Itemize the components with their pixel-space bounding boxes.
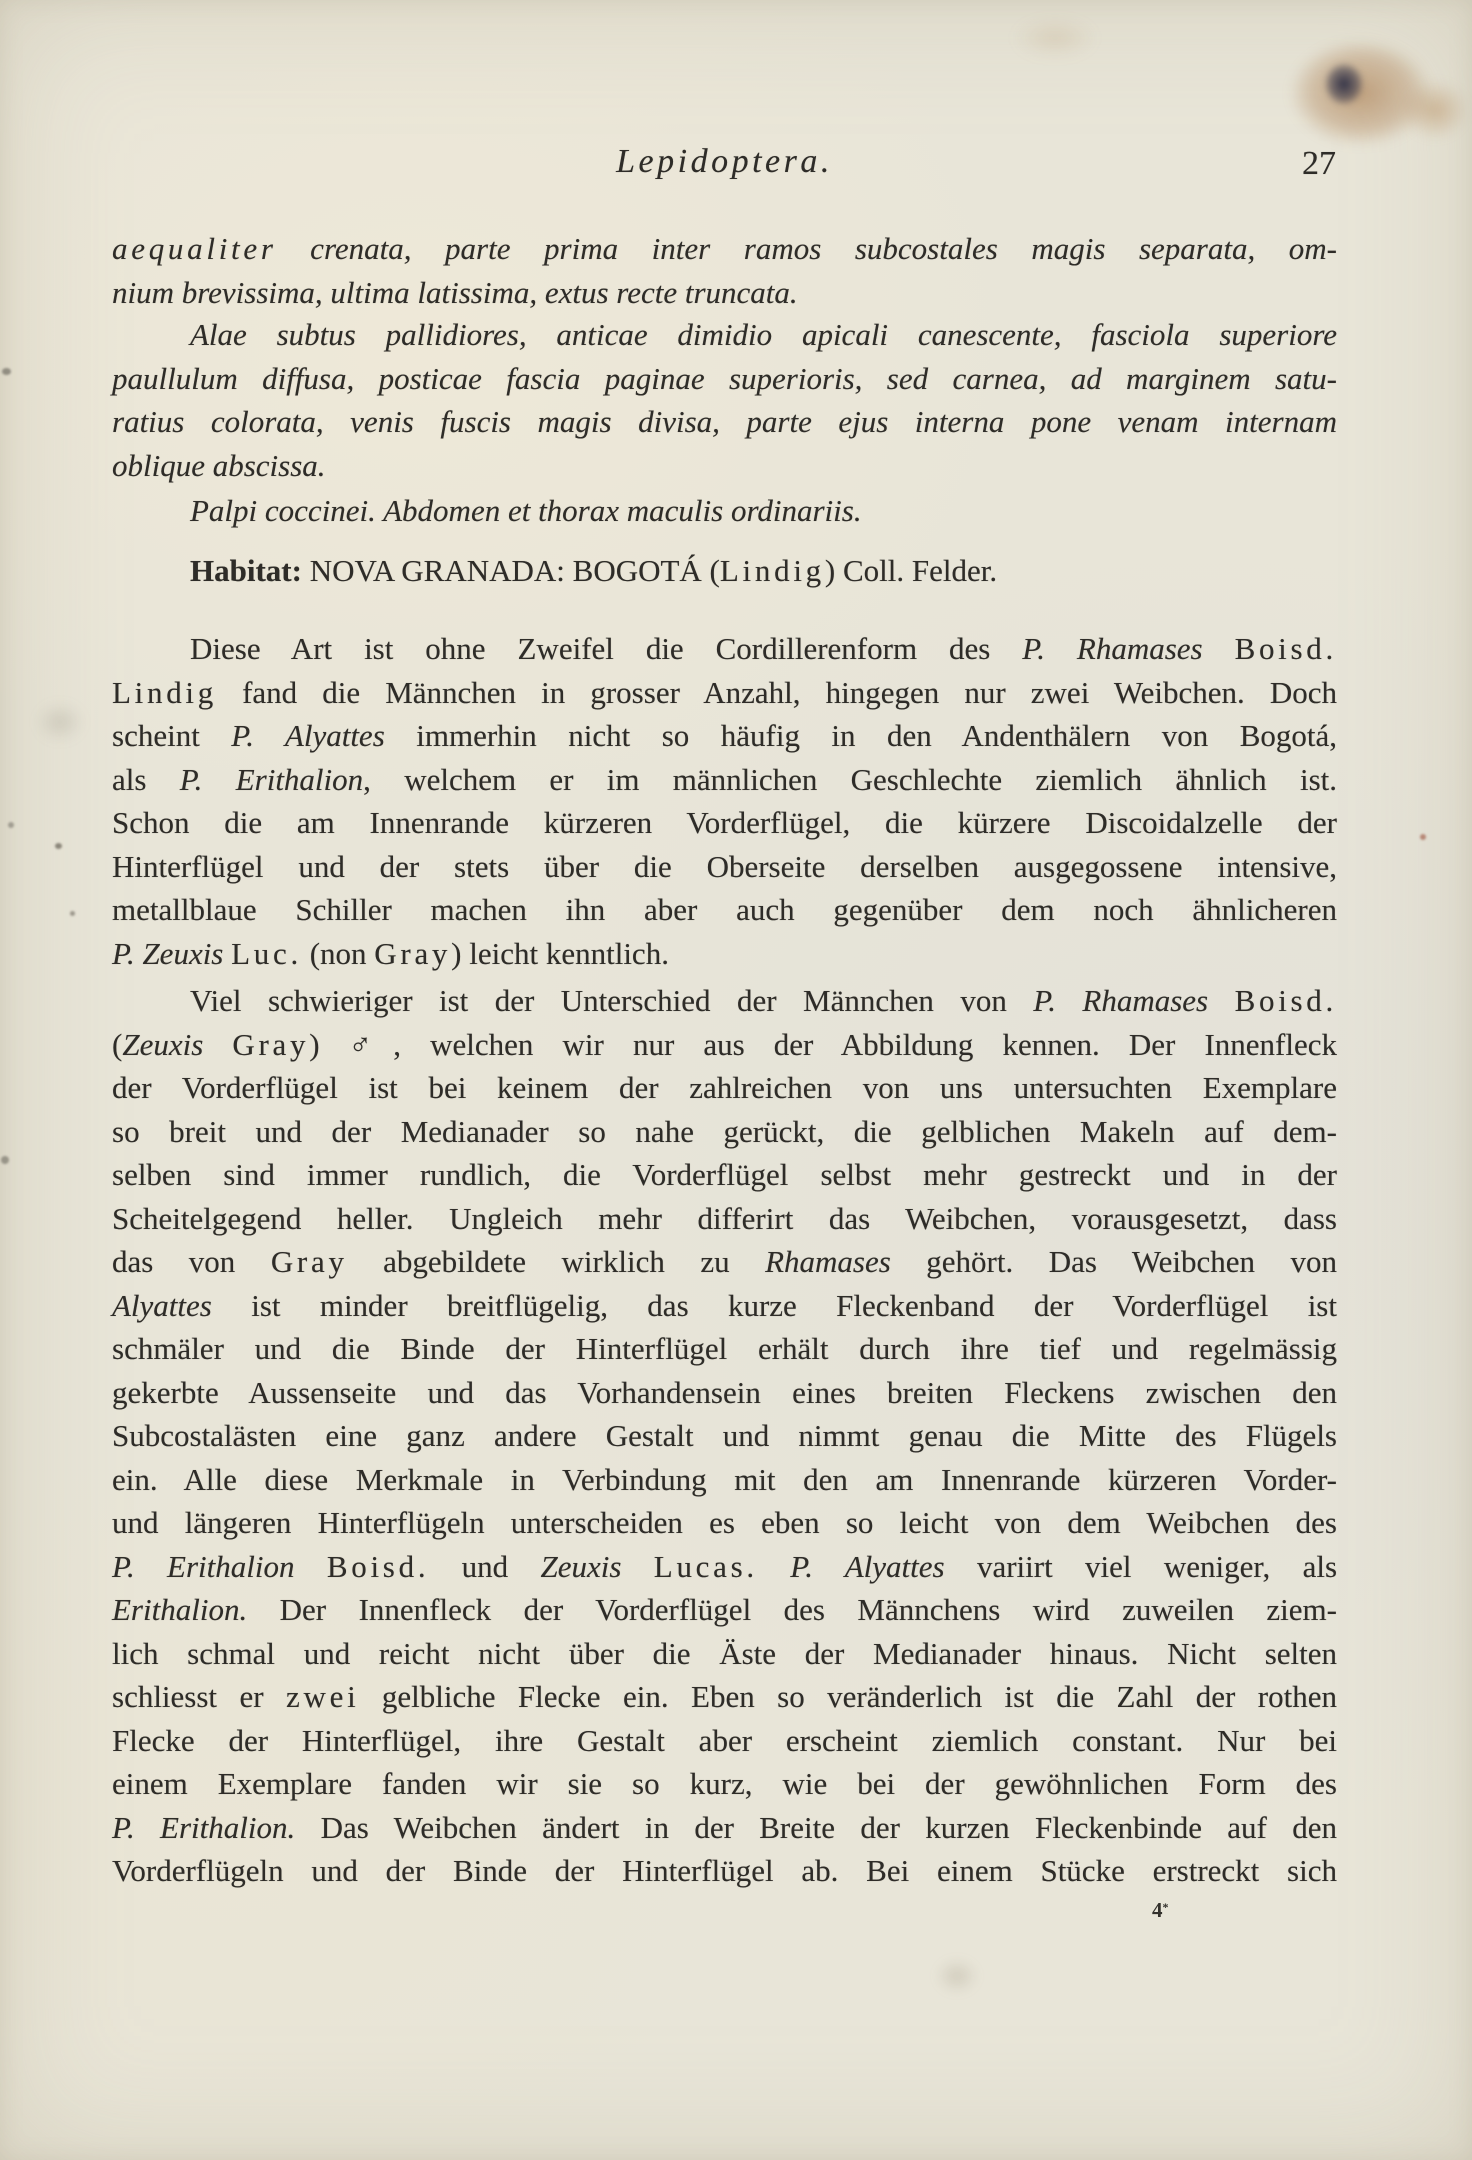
text-line: P. Erithalion Boisd. und Zeuxis Lucas. P… bbox=[112, 1545, 1337, 1589]
text-run: ( bbox=[112, 1027, 122, 1062]
text-line: gekerbte Aussenseite und das Vorhandense… bbox=[112, 1371, 1337, 1415]
text-line: ein. Alle diese Merkmale in Verbindung m… bbox=[112, 1458, 1337, 1502]
text-run: zwei bbox=[286, 1679, 359, 1714]
text-run bbox=[223, 936, 231, 971]
text-run: der Vorderflügel ist bei keinem der zahl… bbox=[112, 1070, 1337, 1105]
text-run: und längeren Hinterflügeln unterscheiden… bbox=[112, 1505, 1337, 1540]
text-run: scheint bbox=[112, 718, 231, 753]
signature-star: * bbox=[1163, 1900, 1169, 1914]
text-run: NOVA GRANADA: BOGOTÁ ( bbox=[302, 553, 720, 588]
text-line: selben sind immer rundlich, die Vorderfl… bbox=[112, 1153, 1337, 1197]
text-run: Habitat: bbox=[190, 553, 302, 588]
text-run: Lucas. bbox=[654, 1549, 758, 1584]
text-run: Scheitelgegend heller. Ungleich mehr dif… bbox=[112, 1201, 1337, 1236]
text-run: Lindig bbox=[720, 553, 825, 588]
text-run: (non bbox=[302, 936, 374, 971]
scanned-book-page: Lepidoptera. 27 aequaliter crenata, part… bbox=[0, 0, 1472, 2160]
text-run: Erithalion. bbox=[112, 1592, 247, 1627]
text-run: Luc. bbox=[231, 936, 302, 971]
signature-mark: 4* bbox=[1152, 1898, 1169, 1923]
text-run: Boisd. bbox=[1235, 983, 1337, 1018]
text-run: crenata, parte prima inter ramos subcost… bbox=[277, 231, 1337, 266]
text-run: ist minder breitflügelig, das kurze Flec… bbox=[212, 1288, 1337, 1323]
text-run: Boisd. bbox=[327, 1549, 429, 1584]
foxing-smudge-left bbox=[28, 696, 92, 748]
text-line: metallblaue Schiller machen ihn aber auc… bbox=[112, 888, 1337, 932]
text-run: Palpi coccinei. Abdomen et thorax maculi… bbox=[190, 493, 862, 528]
text-run: einem Exemplare fanden wir sie so kurz, … bbox=[112, 1766, 1337, 1801]
text-run: und bbox=[429, 1549, 540, 1584]
text-line: Hinterflügel und der stets über die Ober… bbox=[112, 845, 1337, 889]
text-run bbox=[1203, 631, 1235, 666]
paper-speck bbox=[1420, 834, 1426, 840]
paragraph-habitat: Habitat: NOVA GRANADA: BOGOTÁ (Lindig) C… bbox=[112, 549, 1337, 593]
text-run bbox=[203, 1027, 232, 1062]
text-run: Gray bbox=[271, 1244, 348, 1279]
ink-stain-halo-2 bbox=[1390, 70, 1472, 150]
text-line: Habitat: NOVA GRANADA: BOGOTÁ (Lindig) C… bbox=[112, 549, 1337, 593]
text-run: oblique abscissa. bbox=[112, 448, 326, 483]
text-line: P. Erithalion. Das Weibchen ändert in de… bbox=[112, 1806, 1337, 1850]
text-line: Erithalion. Der Innenfleck der Vorderflü… bbox=[112, 1588, 1337, 1632]
text-line: so breit und der Medianader so nahe gerü… bbox=[112, 1110, 1337, 1154]
text-run: Viel schwieriger ist der Unterschied der… bbox=[190, 983, 1033, 1018]
text-run: Rhamases bbox=[765, 1244, 891, 1279]
signature-number: 4 bbox=[1152, 1898, 1163, 1922]
text-run: P. Alyattes bbox=[231, 718, 384, 753]
text-line: lich schmal und reicht nicht über die Äs… bbox=[112, 1632, 1337, 1676]
text-run: lich schmal und reicht nicht über die Äs… bbox=[112, 1636, 1337, 1671]
text-line: Alae subtus pallidiores, anticae dimidio… bbox=[112, 313, 1337, 357]
text-run: variirt viel weniger, als bbox=[945, 1549, 1337, 1584]
text-line: Palpi coccinei. Abdomen et thorax maculi… bbox=[112, 489, 1337, 533]
text-run: Der Innenfleck der Vorderflügel des Männ… bbox=[247, 1592, 1337, 1627]
paper-speck bbox=[8, 822, 14, 828]
text-run: Diese Art ist ohne Zweifel die Cordiller… bbox=[190, 631, 1022, 666]
text-line: Lindig fand die Männchen in grosser Anza… bbox=[112, 671, 1337, 715]
text-line: Flecke der Hinterflügel, ihre Gestalt ab… bbox=[112, 1719, 1337, 1763]
text-line: einem Exemplare fanden wir sie so kurz, … bbox=[112, 1762, 1337, 1806]
text-line: paullulum diffusa, posticae fascia pagin… bbox=[112, 357, 1337, 401]
text-line: Vorderflügeln und der Binde der Hinterfl… bbox=[112, 1849, 1337, 1893]
text-run: selben sind immer rundlich, die Vorderfl… bbox=[112, 1157, 1337, 1192]
text-run: Zeuxis bbox=[541, 1549, 622, 1584]
text-run bbox=[758, 1549, 790, 1584]
text-run: Gray bbox=[232, 1027, 309, 1062]
text-run: nium brevissima, ultima latissima, extus… bbox=[112, 275, 798, 310]
text-line: der Vorderflügel ist bei keinem der zahl… bbox=[112, 1066, 1337, 1110]
text-run: immerhin nicht so häufig in den Andenthä… bbox=[385, 718, 1337, 753]
text-line: schliesst er zwei gelbliche Flecke ein. … bbox=[112, 1675, 1337, 1719]
text-run: schliesst er bbox=[112, 1679, 286, 1714]
text-run: ) ♂, welchen wir nur aus der Abbildung k… bbox=[309, 1027, 1337, 1062]
text-run: ein. Alle diese Merkmale in Verbindung m… bbox=[112, 1462, 1337, 1497]
text-run bbox=[295, 1549, 327, 1584]
text-run: Alae subtus pallidiores, anticae dimidio… bbox=[190, 317, 1337, 352]
text-run: gehört. Das Weibchen von bbox=[891, 1244, 1337, 1279]
text-run: P. Rhamases bbox=[1033, 983, 1208, 1018]
text-line: P. Zeuxis Luc. (non Gray) leicht kenntli… bbox=[112, 932, 1337, 976]
text-run: metallblaue Schiller machen ihn aber auc… bbox=[112, 892, 1337, 927]
text-run: Alyattes bbox=[112, 1288, 212, 1323]
text-run: Zeuxis bbox=[122, 1027, 203, 1062]
text-line: schmäler und die Binde der Hinterflügel … bbox=[112, 1327, 1337, 1371]
paragraph-latin-1: aequaliter crenata, parte prima inter ra… bbox=[112, 227, 1337, 314]
text-run: ) leicht kenntlich. bbox=[451, 936, 669, 971]
text-line: aequaliter crenata, parte prima inter ra… bbox=[112, 227, 1337, 271]
text-line: Subcostalästen eine ganz andere Gestalt … bbox=[112, 1414, 1337, 1458]
text-line: (Zeuxis Gray) ♂, welchen wir nur aus der… bbox=[112, 1023, 1337, 1067]
text-line: scheint P. Alyattes immerhin nicht so hä… bbox=[112, 714, 1337, 758]
paper-speck bbox=[55, 843, 62, 849]
paragraph-german-2: Viel schwieriger ist der Unterschied der… bbox=[112, 979, 1337, 1893]
text-run: P. Erithalion. bbox=[112, 1810, 295, 1845]
text-run: schmäler und die Binde der Hinterflügel … bbox=[112, 1331, 1337, 1366]
text-run: paullulum diffusa, posticae fascia pagin… bbox=[112, 361, 1337, 396]
text-run: abgebildete wirklich zu bbox=[348, 1244, 765, 1279]
text-run: Subcostalästen eine ganz andere Gestalt … bbox=[112, 1418, 1337, 1453]
text-run: als bbox=[112, 762, 180, 797]
text-run: so breit und der Medianader so nahe gerü… bbox=[112, 1114, 1337, 1149]
text-run: Schon die am Innenrande kürzeren Vorderf… bbox=[112, 805, 1337, 840]
text-run: aequaliter bbox=[112, 231, 277, 266]
text-line: nium brevissima, ultima latissima, extus… bbox=[112, 271, 1337, 315]
text-line: Viel schwieriger ist der Unterschied der… bbox=[112, 979, 1337, 1023]
text-run: gekerbte Aussenseite und das Vorhandense… bbox=[112, 1375, 1337, 1410]
text-run: das von bbox=[112, 1244, 271, 1279]
paragraph-latin-3: Palpi coccinei. Abdomen et thorax maculi… bbox=[112, 489, 1337, 533]
text-run: , welchem er im männlichen Geschlechte z… bbox=[363, 762, 1337, 797]
text-run: P. Alyattes bbox=[790, 1549, 944, 1584]
text-line: das von Gray abgebildete wirklich zu Rha… bbox=[112, 1240, 1337, 1284]
text-run: fand die Männchen in grosser Anzahl, hin… bbox=[217, 675, 1337, 710]
paper-speck bbox=[2, 368, 11, 375]
text-run bbox=[621, 1549, 653, 1584]
text-run: Boisd. bbox=[1235, 631, 1337, 666]
text-run: P. Erithalion bbox=[112, 1549, 295, 1584]
text-run: P. Rhamases bbox=[1022, 631, 1202, 666]
text-line: und längeren Hinterflügeln unterscheiden… bbox=[112, 1501, 1337, 1545]
text-run: Vorderflügeln und der Binde der Hinterfl… bbox=[112, 1853, 1337, 1888]
text-run: Gray bbox=[374, 936, 451, 971]
text-block: aequaliter crenata, parte prima inter ra… bbox=[112, 0, 1337, 2160]
text-run: ratius colorata, venis fuscis magis divi… bbox=[112, 404, 1337, 439]
text-run: P. Erithalion bbox=[180, 762, 363, 797]
text-run: Lindig bbox=[112, 675, 217, 710]
text-line: Diese Art ist ohne Zweifel die Cordiller… bbox=[112, 627, 1337, 671]
text-run: ) Coll. Felder. bbox=[825, 553, 997, 588]
text-run: P. Zeuxis bbox=[112, 936, 223, 971]
text-line: oblique abscissa. bbox=[112, 444, 1337, 488]
text-run: Hinterflügel und der stets über die Ober… bbox=[112, 849, 1337, 884]
text-run bbox=[1208, 983, 1234, 1018]
text-run: gelbliche Flecke ein. Eben so veränderli… bbox=[359, 1679, 1337, 1714]
text-line: Scheitelgegend heller. Ungleich mehr dif… bbox=[112, 1197, 1337, 1241]
text-line: Alyattes ist minder breitflügelig, das k… bbox=[112, 1284, 1337, 1328]
paragraph-latin-2: Alae subtus pallidiores, anticae dimidio… bbox=[112, 313, 1337, 487]
text-line: Schon die am Innenrande kürzeren Vorderf… bbox=[112, 801, 1337, 845]
paragraph-german-1: Diese Art ist ohne Zweifel die Cordiller… bbox=[112, 627, 1337, 975]
text-run: Flecke der Hinterflügel, ihre Gestalt ab… bbox=[112, 1723, 1337, 1758]
text-run: Das Weibchen ändert in der Breite der ku… bbox=[295, 1810, 1337, 1845]
text-line: ratius colorata, venis fuscis magis divi… bbox=[112, 400, 1337, 444]
paper-speck bbox=[1, 1156, 9, 1164]
text-line: als P. Erithalion, welchem er im männlic… bbox=[112, 758, 1337, 802]
paper-speck bbox=[70, 911, 75, 916]
